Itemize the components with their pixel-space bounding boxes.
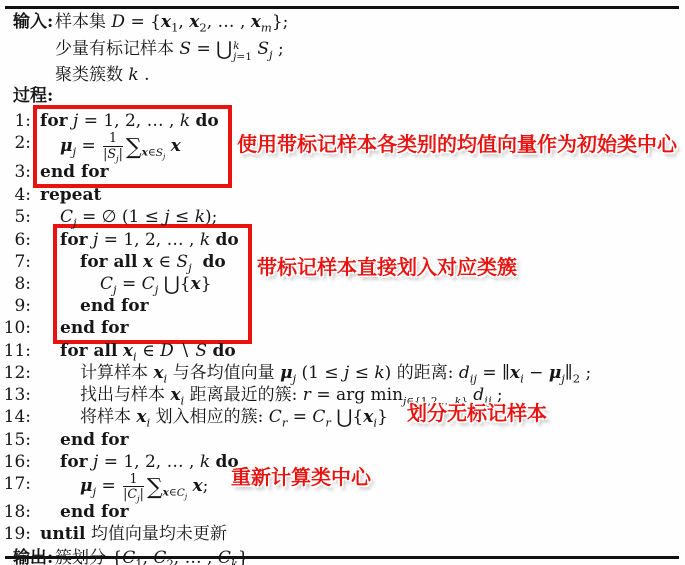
code-line: 18: end for: [0, 501, 685, 523]
code-line: 8: Cj = Cj ⋃{x}: [60, 273, 239, 296]
line-number: 11:: [0, 340, 31, 362]
input-label: 输入:: [13, 10, 53, 35]
input-line-3: 聚类簇数 k .: [0, 64, 685, 86]
input-line-3-text: 聚类簇数 k .: [55, 65, 150, 85]
line-content: 将样本 xi 划入相应的簇: Cr = Cr ⋃{xi}: [80, 407, 388, 427]
line-content: Cj = Cj ⋃{x}: [100, 274, 212, 294]
line-number: 5:: [0, 206, 31, 228]
line-content: for j = 1, 2, … , k do: [40, 111, 219, 131]
line-number: 17:: [0, 473, 31, 495]
code-line: 15: end for: [0, 429, 685, 451]
output-line: 输出: 簇划分 {C1, C2, … , Ck}: [0, 548, 685, 565]
line-content: 计算样本 xi 与各均值向量 μj (1 ≤ j ≤ k) 的距离: dij =…: [80, 363, 591, 383]
line-number: 16:: [0, 451, 31, 473]
annotation-labeled-assign: 带标记样本直接划入对应类簇: [257, 251, 517, 280]
line-number: 6:: [0, 229, 31, 251]
line-number: 18:: [0, 501, 31, 523]
line-number: 2:: [0, 132, 31, 154]
code-line: 5: Cj = ∅ (1 ≤ j ≤ k);: [0, 206, 685, 228]
line-content: end for: [40, 162, 109, 182]
annotation-init-centers: 使用带标记样本各类别的均值向量作为初始类中心: [237, 128, 677, 157]
line-number: 14:: [0, 406, 31, 428]
line-number: 12:: [0, 362, 31, 384]
code-line: 10: end for: [60, 317, 239, 339]
line-content: end for: [80, 296, 149, 316]
line-number: 13:: [0, 384, 31, 406]
line-number: 19:: [0, 523, 31, 545]
process-label: 过程:: [0, 86, 685, 107]
line-content: Cj = ∅ (1 ≤ j ≤ k);: [60, 207, 217, 227]
algorithm-figure: 输入: 样本集 D = {x1, x2, … , xm}; 少量有标记样本 S …: [0, 0, 685, 565]
line-content: end for: [60, 502, 129, 522]
line-number: 10:: [0, 317, 31, 339]
line-content: end for: [60, 430, 129, 450]
line-number: 1:: [0, 110, 31, 132]
output-text: 簇划分 {C1, C2, … , Ck}: [55, 548, 249, 565]
code-line: 11: for all xi ∈ D ∖ S do: [0, 340, 685, 362]
code-line: 14: 将样本 xi 划入相应的簇: Cr = Cr ⋃{xi}: [0, 406, 685, 429]
line-number: 8:: [0, 273, 31, 295]
annotation-unlabeled-assign: 划分无标记样本: [407, 397, 547, 426]
code-line: 19: until 均值向量均未更新: [0, 523, 685, 545]
line-content: μj = 1|Cj|∑x∈Cj x;: [80, 476, 208, 496]
line-content: for all xi ∈ D ∖ S do: [60, 341, 236, 361]
line-number: 7:: [0, 251, 31, 273]
line-content: end for: [60, 318, 129, 338]
input-line-2-text: 少量有标记样本 S = ⋃kj=1 Sj ;: [55, 39, 284, 59]
input-line-1-text: 样本集 D = {x1, x2, … , xm};: [55, 12, 288, 32]
line-number: 3:: [0, 161, 31, 183]
annotation-recompute-centers: 重新计算类中心: [231, 461, 371, 490]
code-line: 12: 计算样本 xi 与各均值向量 μj (1 ≤ j ≤ k) 的距离: d…: [0, 362, 685, 384]
line-content: for j = 1, 2, … , k do: [60, 230, 239, 250]
code-line: 6: for j = 1, 2, … , k do: [60, 229, 239, 251]
line-content: until 均值向量均未更新: [40, 524, 227, 544]
line-content: repeat: [40, 185, 101, 205]
line-content: μj = 1|Sj|∑x∈Sj x: [60, 136, 181, 156]
red-box-init-centers: 1: for j = 1, 2, … , k do 2: μj = 1|Sj|∑…: [37, 109, 228, 183]
code-line: 9: end for: [60, 295, 239, 317]
line-number: 9:: [0, 295, 31, 317]
code-line: 2: μj = 1|Sj|∑x∈Sj x: [40, 132, 219, 160]
code-line: 4: repeat: [0, 184, 685, 206]
line-content: for all x ∈ Sj do: [80, 252, 226, 272]
line-number: 15:: [0, 429, 31, 451]
line-content: for j = 1, 2, … , k do: [60, 452, 239, 472]
input-line-1: 输入: 样本集 D = {x1, x2, … , xm};: [0, 10, 685, 35]
code-line: 7: for all x ∈ Sj do: [60, 251, 239, 273]
red-box-labeled-assign: 6: for j = 1, 2, … , k do 7: for all x ∈…: [57, 228, 248, 341]
input-line-2: 少量有标记样本 S = ⋃kj=1 Sj ;: [0, 35, 685, 64]
top-rule: [5, 6, 679, 9]
code-line: 1: for j = 1, 2, … , k do: [40, 110, 219, 132]
line-number: 4:: [0, 184, 31, 206]
code-line: 13: 找出与样本 xi 距离最近的簇: r = arg minj∈{1,2,……: [0, 384, 685, 406]
output-label: 输出:: [13, 548, 53, 565]
code-line: 3: end for: [40, 161, 219, 183]
